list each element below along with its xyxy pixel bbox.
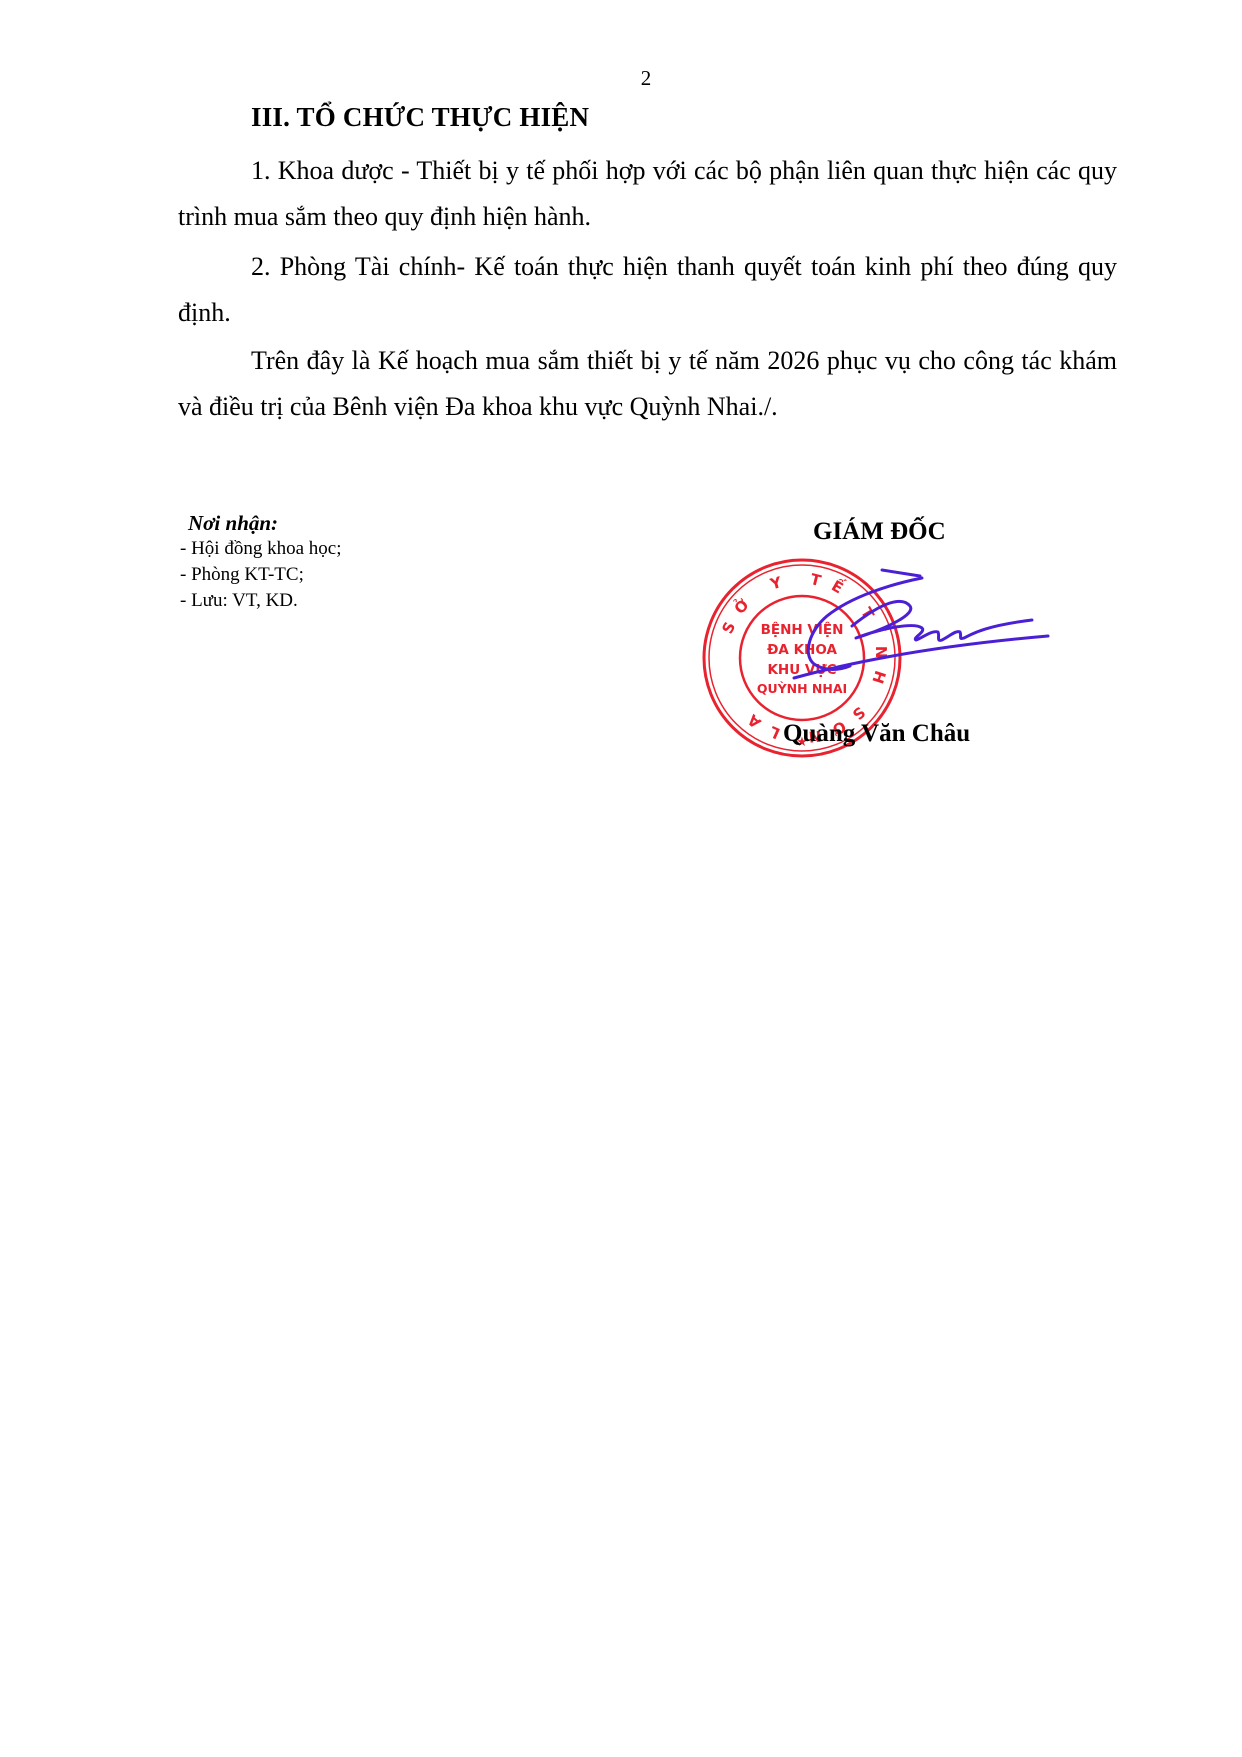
signer-name: Quàng Văn Châu [783, 720, 970, 748]
recipients-title: Nơi nhận: [188, 510, 341, 536]
recipients-block: Nơi nhận: - Hội đồng khoa học; - Phòng K… [180, 510, 341, 614]
paragraph-2: 2. Phòng Tài chính- Kế toán thực hiện th… [178, 244, 1117, 336]
recipient-item: - Lưu: VT, KD. [180, 588, 341, 614]
recipient-item: - Hội đồng khoa học; [180, 536, 341, 562]
paragraph-3: Trên đây là Kế hoạch mua sắm thiết bị y … [178, 338, 1117, 430]
signer-title: GIÁM ĐỐC [813, 518, 946, 546]
recipient-item: - Phòng KT-TC; [180, 562, 341, 588]
paragraph-3-text: Trên đây là Kế hoạch mua sắm thiết bị y … [178, 338, 1117, 430]
paragraph-1-text: 1. Khoa dược - Thiết bị y tế phối hợp vớ… [178, 148, 1117, 240]
paragraph-1: 1. Khoa dược - Thiết bị y tế phối hợp vớ… [178, 148, 1117, 240]
page-number: 2 [0, 66, 1242, 91]
paragraph-2-text: 2. Phòng Tài chính- Kế toán thực hiện th… [178, 244, 1117, 336]
section-heading: III. TỔ CHỨC THỰC HIỆN [251, 102, 589, 133]
signature-icon [792, 566, 1062, 691]
